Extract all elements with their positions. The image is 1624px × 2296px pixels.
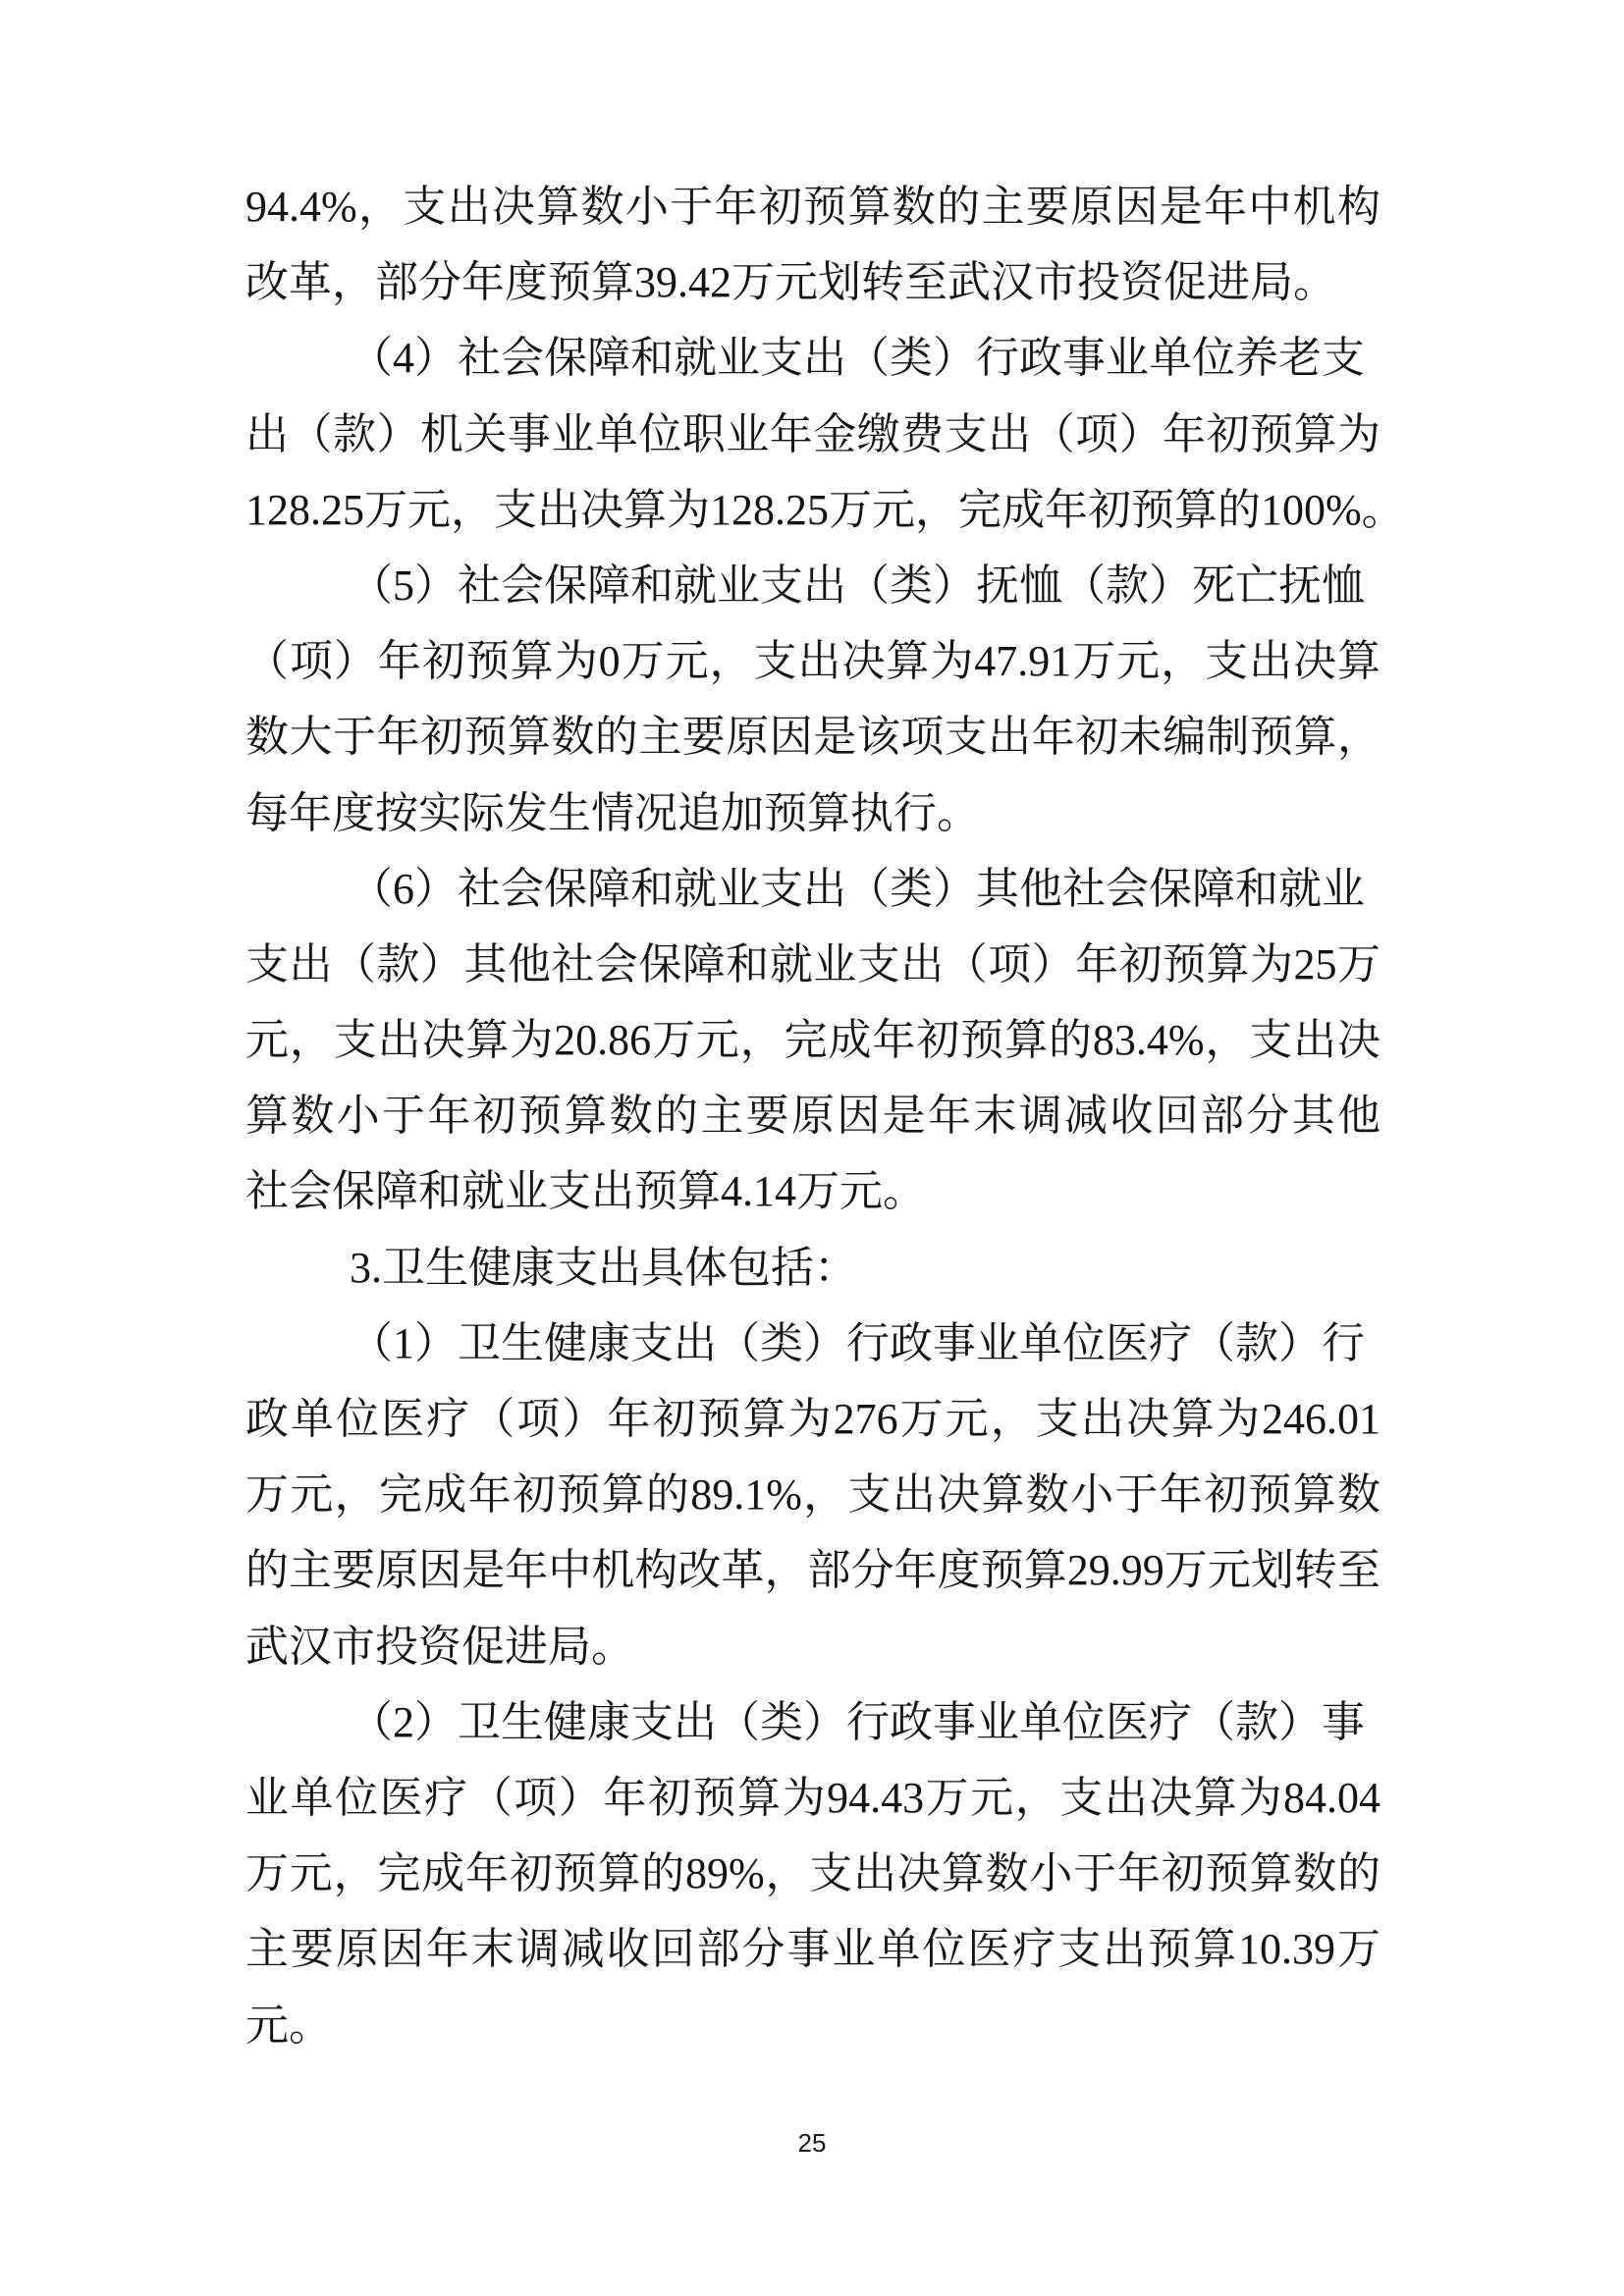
text-line: 94.4%，支出决算数小于年初预算数的主要原因是年中机构 — [245, 169, 1380, 244]
text-line: （项）年初预算为0万元，支出决算为47.91万元，支出决算 — [245, 623, 1380, 699]
paragraph-item-6-start: （6）社会保障和就业支出（类）其他社会保障和就业 — [245, 851, 1384, 927]
text-line: 算数小于年初预算数的主要原因是年末调减收回部分其他 — [245, 1078, 1380, 1153]
text-line: 万元，完成年初预算的89.1%，支出决算数小于年初预算数 — [245, 1457, 1380, 1532]
text-line: 改革，部分年度预算39.42万元划转至武汉市投资促进局。 — [245, 244, 1384, 320]
text-line: 128.25万元，支出决算为128.25万元，完成年初预算的100%。 — [245, 472, 1380, 548]
paragraph-item-5-start: （5）社会保障和就业支出（类）抚恤（款）死亡抚恤 — [245, 548, 1384, 623]
text-line: 政单位医疗（项）年初预算为276万元，支出决算为246.01 — [245, 1381, 1380, 1457]
text-line: 支出（款）其他社会保障和就业支出（项）年初预算为25万 — [245, 927, 1380, 1002]
text-line: 的主要原因是年中机构改革，部分年度预算29.99万元划转至 — [245, 1532, 1380, 1608]
paragraph-health-2-start: （2）卫生健康支出（类）行政事业单位医疗（款）事 — [245, 1684, 1384, 1760]
paragraph-item-4-start: （4）社会保障和就业支出（类）行政事业单位养老支 — [245, 320, 1384, 396]
text-line: 元。 — [245, 1988, 1384, 2063]
text-line: 业单位医疗（项）年初预算为94.43万元，支出决算为84.04 — [245, 1760, 1380, 1836]
text-line: 武汉市投资促进局。 — [245, 1609, 1384, 1684]
text-line: 每年度按实际发生情况追加预算执行。 — [245, 775, 1384, 851]
text-line: 元，支出决算为20.86万元，完成年初预算的83.4%，支出决 — [245, 1002, 1380, 1078]
text-line: 社会保障和就业支出预算4.14万元。 — [245, 1153, 1384, 1229]
page-number: 25 — [0, 2128, 1624, 2159]
text-line: 主要原因年末调减收回部分事业单位医疗支出预算10.39万 — [245, 1911, 1380, 1987]
text-line: 数大于年初预算数的主要原因是该项支出年初未编制预算， — [245, 699, 1380, 774]
section-heading-health: 3.卫生健康支出具体包括： — [245, 1230, 1384, 1306]
text-line: 万元，完成年初预算的89%，支出决算数小于年初预算数的 — [245, 1836, 1380, 1911]
paragraph-health-1-start: （1）卫生健康支出（类）行政事业单位医疗（款）行 — [245, 1306, 1384, 1381]
document-body: 94.4%，支出决算数小于年初预算数的主要原因是年中机构 改革，部分年度预算39… — [245, 169, 1384, 2063]
text-line: 出（款）机关事业单位职业年金缴费支出（项）年初预算为 — [245, 397, 1380, 472]
